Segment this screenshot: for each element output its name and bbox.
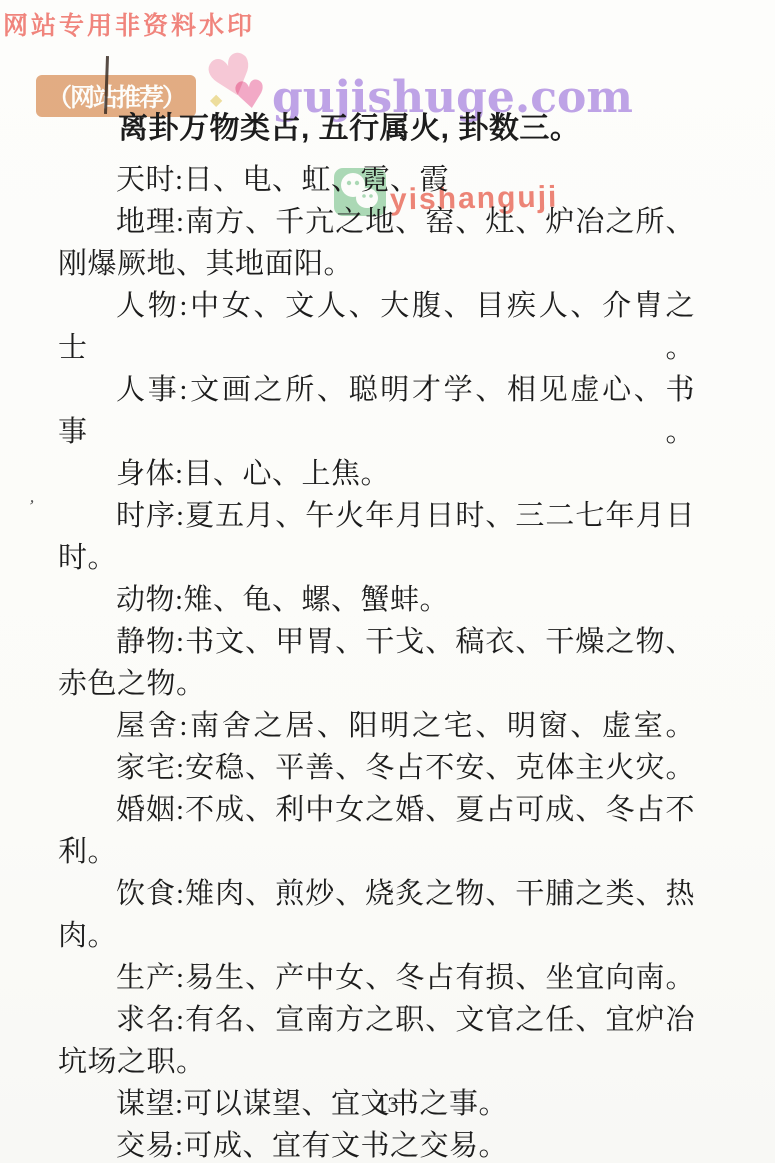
text-line: 婚姻:不成、利中女之婚、夏占可成、冬占不 xyxy=(58,789,695,831)
text-line: 生产:易生、产中女、冬占有损、坐宜向南。 xyxy=(58,957,695,999)
text-line: 刚爆厥地、其地面阳。 xyxy=(58,243,695,285)
text-line: 人事:文画之所、聪明才学、相见虚心、书事。 xyxy=(58,369,695,453)
scan-speck: ʼ xyxy=(26,496,36,518)
text-line: 交易:可成、宜有文书之交易。 xyxy=(58,1125,695,1163)
heart-icon: ♥ xyxy=(200,44,265,113)
text-line: 动物:雉、龟、螺、蟹蚌。 xyxy=(58,579,695,621)
text-line: 利。 xyxy=(58,831,695,873)
page-number: 13 xyxy=(0,1092,775,1118)
text-line: 时。 xyxy=(58,537,695,579)
text-line: 家宅:安稳、平善、冬占不安、克体主火灾。 xyxy=(58,747,695,789)
text-line: 人物:中女、文人、大腹、目疾人、介胄之士。 xyxy=(58,285,695,369)
text-line: 身体:目、心、上焦。 xyxy=(58,453,695,495)
scan-artifact-line xyxy=(104,56,109,114)
text-line: 屋舍:南舍之居、阳明之宅、明窗、虚室。 xyxy=(58,705,695,747)
text-line: 赤色之物。 xyxy=(58,663,695,705)
text-line: 静物:书文、甲胃、干戈、稿衣、干燥之物、 xyxy=(58,621,695,663)
scanned-page: 网站专用非资料水印 （网站推荐） ♥ ♥ ◆ gujishuge.com yis… xyxy=(0,0,775,1163)
text-block: 离卦万物类占, 五行属火, 卦数三。天时:日、电、虹、霓、霞地理:南方、千亢之地… xyxy=(58,108,695,1163)
text-line: 天时:日、电、虹、霓、霞 xyxy=(58,159,695,201)
sparkle-icon: ◆ xyxy=(210,92,222,108)
text-line: 求名:有名、宣南方之职、文官之任、宜炉冶 xyxy=(58,999,695,1041)
text-line: 地理:南方、千亢之地、窑、灶、炉冶之所、 xyxy=(58,201,695,243)
watermark-corner-text: 网站专用非资料水印 xyxy=(3,6,255,42)
text-line: 时序:夏五月、午火年月日时、三二七年月日 xyxy=(58,495,695,537)
section-title-line: 离卦万物类占, 五行属火, 卦数三。 xyxy=(58,108,695,150)
text-line: 饮食:雉肉、煎炒、烧炙之物、干脯之类、热 xyxy=(58,873,695,915)
text-line: 坑场之职。 xyxy=(58,1041,695,1083)
text-line: 肉。 xyxy=(58,915,695,957)
